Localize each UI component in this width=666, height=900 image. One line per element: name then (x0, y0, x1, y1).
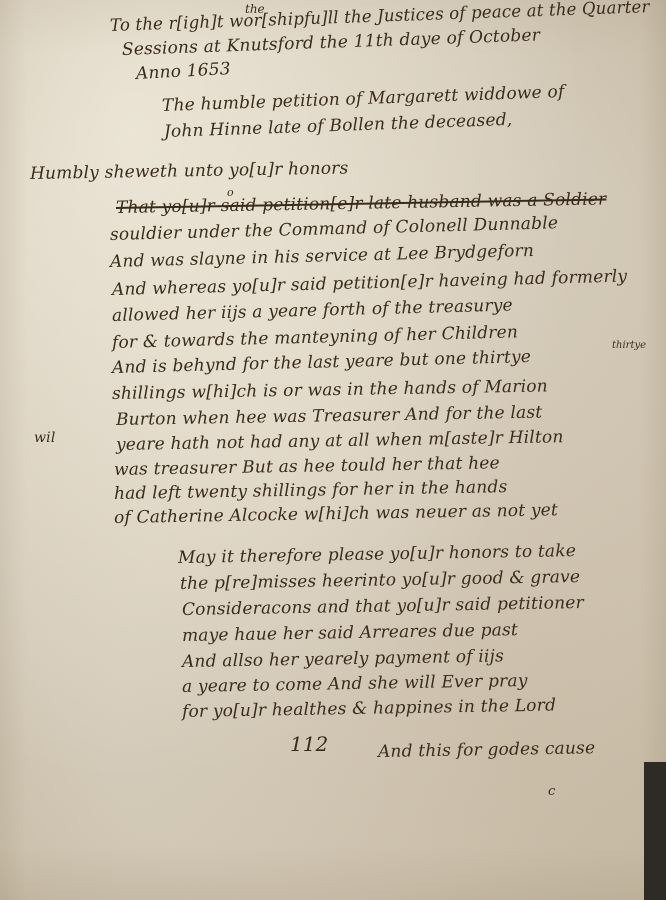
body-line-13: of Catherine Alcocke w[hi]ch was neuer a… (114, 500, 558, 528)
body-line-12: had left twenty shillings for her in the… (114, 477, 508, 504)
endorsement: And this for godes cause (378, 738, 596, 762)
folio-number: 112 (290, 732, 328, 756)
body-line-2: souldier under the Command of Colonell D… (110, 213, 559, 245)
prayer-line-3: Consideracons and that yo[u]r said petit… (182, 593, 584, 620)
manuscript-page: the To the r[igh]t wor[shipfu]ll the Jus… (0, 0, 666, 900)
margin-note: wil (34, 430, 56, 446)
body-line-7: And is behynd for the last yeare but one… (112, 347, 532, 378)
interlinear-thirtye: thirtye (612, 340, 646, 351)
salutation: Humbly sheweth unto yo[u]r honors (30, 158, 349, 184)
prayer-line-2: the p[re]misses heerinto yo[u]r good & g… (180, 567, 580, 594)
prayer-line-6: a yeare to come And she will Ever pray (182, 671, 528, 697)
body-line-11: was treasurer But as hee tould her that … (114, 453, 500, 480)
body-line-8: shillings w[hi]ch is or was in the hands… (112, 376, 548, 404)
body-line-4: And whereas yo[u]r said petition[e]r hav… (112, 267, 628, 300)
address-line-3: Anno 1653 (135, 59, 231, 84)
binding-edge-shadow (644, 762, 666, 900)
petitioner-line-2: John Hinne late of Bollen the deceased, (164, 110, 513, 142)
body-line-5: allowed her iijs a yeare forth of the tr… (112, 296, 513, 326)
body-line-10: yeare hath not had any at all when m[ast… (116, 427, 564, 455)
prayer-line-5: And allso her yearely payment of iijs (182, 646, 504, 672)
prayer-line-1: May it therefore please yo[u]r honors to… (178, 541, 576, 568)
prayer-line-4: maye haue her said Arreares due past (182, 620, 518, 646)
body-line-3: And was slayne in his service at Lee Bry… (110, 241, 535, 272)
page-mark: c (548, 784, 555, 799)
prayer-line-7: for yo[u]r healthes & happines in the Lo… (182, 695, 556, 722)
body-line-9: Burton when hee was Treasurer And for th… (116, 403, 543, 430)
